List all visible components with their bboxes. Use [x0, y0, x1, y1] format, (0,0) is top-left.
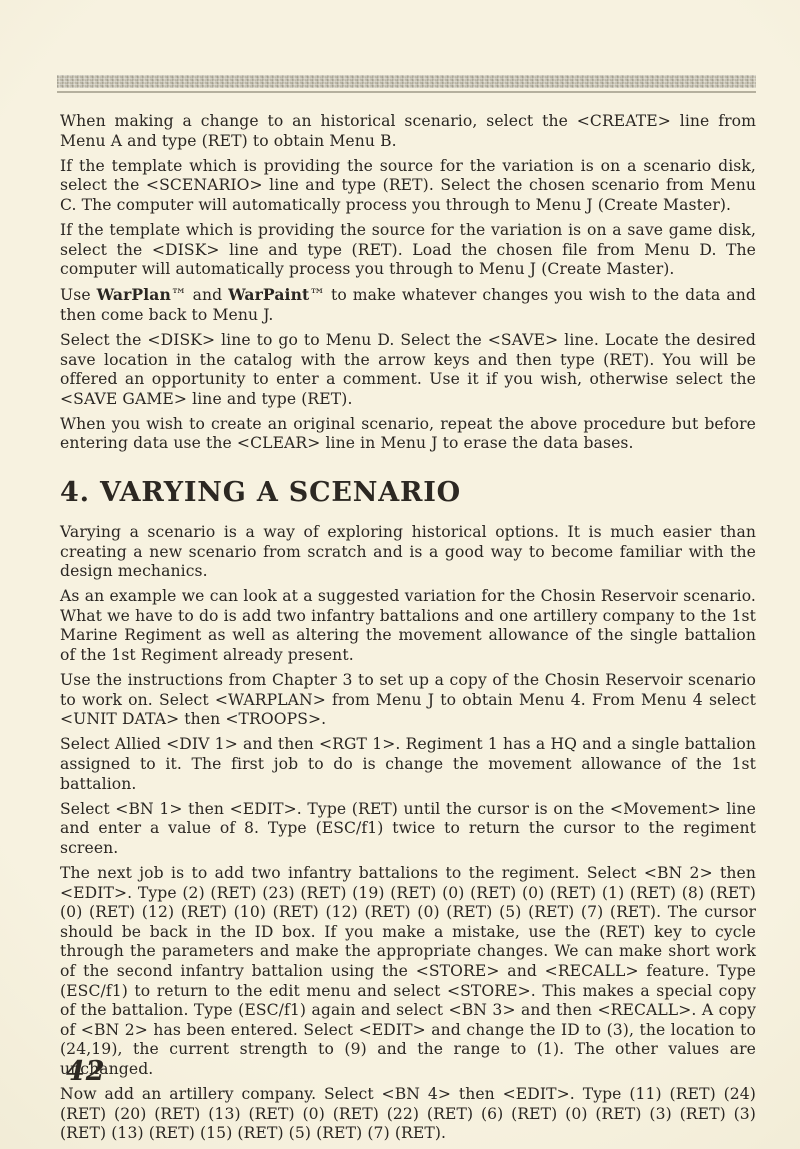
paragraph: If the template which is providing the s…	[60, 157, 756, 216]
text-run: If the template which is providing the s…	[60, 221, 756, 278]
text-run: Use	[60, 286, 97, 304]
paragraph: Use WarPlan™ and WarPaint™ to make whate…	[60, 285, 756, 325]
paragraph: Varying a scenario is a way of exploring…	[60, 523, 756, 582]
paragraph: As an example we can look at a suggested…	[60, 587, 756, 665]
paragraph: Use the instructions from Chapter 3 to s…	[60, 671, 756, 730]
paragraph: When you wish to create an original scen…	[60, 415, 756, 454]
manual-page: When making a change to an historical sc…	[0, 0, 800, 1149]
page-number: 42	[66, 1056, 106, 1087]
trademark-product-name: WarPlan	[97, 285, 171, 304]
paragraph: Select the <DISK> line to go to Menu D. …	[60, 331, 756, 409]
text-run: If the template which is providing the s…	[60, 157, 756, 214]
paragraph: The next job is to add two infantry batt…	[60, 864, 756, 1080]
text-run: Select the <DISK> line to go to Menu D. …	[60, 331, 756, 408]
paragraph: If the template which is providing the s…	[60, 221, 756, 280]
paragraph: Select Allied <DIV 1> and then <RGT 1>. …	[60, 735, 756, 794]
header-decorative-band	[57, 75, 756, 88]
section-heading: 4. VARYING A SCENARIO	[60, 478, 756, 508]
trademark-product-name: WarPaint	[228, 285, 309, 304]
text-run: The next job is to add two infantry batt…	[60, 864, 756, 1078]
page-body-text: When making a change to an historical sc…	[60, 112, 756, 1149]
text-run: Now add an artillery company. Select <BN…	[60, 1085, 756, 1142]
text-run: Varying a scenario is a way of exploring…	[60, 523, 756, 580]
text-run: When making a change to an historical sc…	[60, 112, 756, 150]
header-rule-line	[57, 91, 756, 93]
text-run: Select <BN 1> then <EDIT>. Type (RET) un…	[60, 800, 756, 857]
paragraph: When making a change to an historical sc…	[60, 112, 756, 151]
text-run: Use the instructions from Chapter 3 to s…	[60, 671, 756, 728]
paragraph: Select <BN 1> then <EDIT>. Type (RET) un…	[60, 800, 756, 859]
text-run: ™ and	[171, 286, 228, 304]
text-run: Select Allied <DIV 1> and then <RGT 1>. …	[60, 735, 756, 792]
paragraph: Now add an artillery company. Select <BN…	[60, 1085, 756, 1144]
text-run: As an example we can look at a suggested…	[60, 587, 756, 664]
text-run: When you wish to create an original scen…	[60, 415, 756, 453]
